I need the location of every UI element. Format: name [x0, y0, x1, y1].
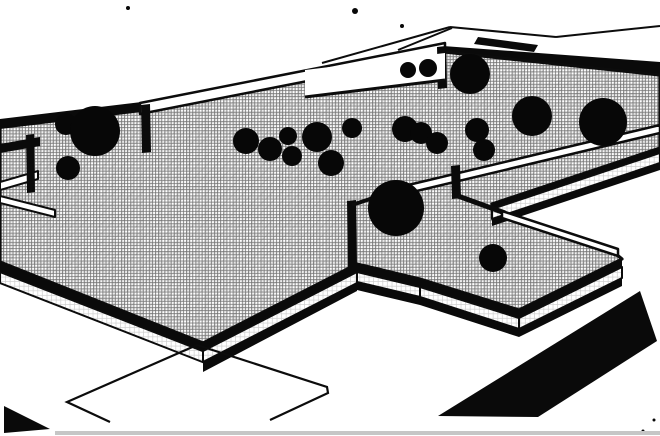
figure-layers — [0, 6, 660, 435]
ink-speck — [352, 8, 358, 14]
sphere-marker — [426, 132, 448, 154]
back-wall-post-left — [141, 104, 151, 153]
sphere-marker — [419, 59, 437, 77]
floor-corner-wedge — [4, 406, 50, 433]
ink-speck — [653, 419, 656, 422]
sphere-marker — [233, 128, 259, 154]
sphere-marker — [342, 118, 362, 138]
back-wireframe-line-c — [556, 26, 660, 37]
sphere-marker — [318, 150, 344, 176]
scanned-figure-page — [0, 0, 660, 436]
sphere-marker — [465, 118, 489, 142]
sphere-marker — [258, 137, 282, 161]
zigzag-wall-post — [347, 200, 357, 267]
sphere-marker — [479, 244, 507, 272]
sphere-marker — [56, 156, 80, 180]
sphere-marker — [282, 146, 302, 166]
floor-tile-outline-left — [67, 345, 197, 422]
sphere-marker — [70, 106, 120, 156]
sphere-marker — [579, 98, 627, 146]
sphere-marker — [400, 62, 416, 78]
sphere-marker — [473, 139, 495, 161]
sphere-marker — [279, 127, 297, 145]
ink-speck — [126, 6, 130, 10]
back-wireframe-line-b — [450, 27, 556, 37]
sphere-marker — [450, 54, 490, 94]
ink-speck — [400, 24, 404, 28]
sphere-marker — [302, 122, 332, 152]
halftone-3d-floorplan-figure — [0, 0, 660, 436]
scan-artifact-line — [55, 431, 660, 435]
sphere-marker — [368, 180, 424, 236]
sphere-marker — [512, 96, 552, 136]
